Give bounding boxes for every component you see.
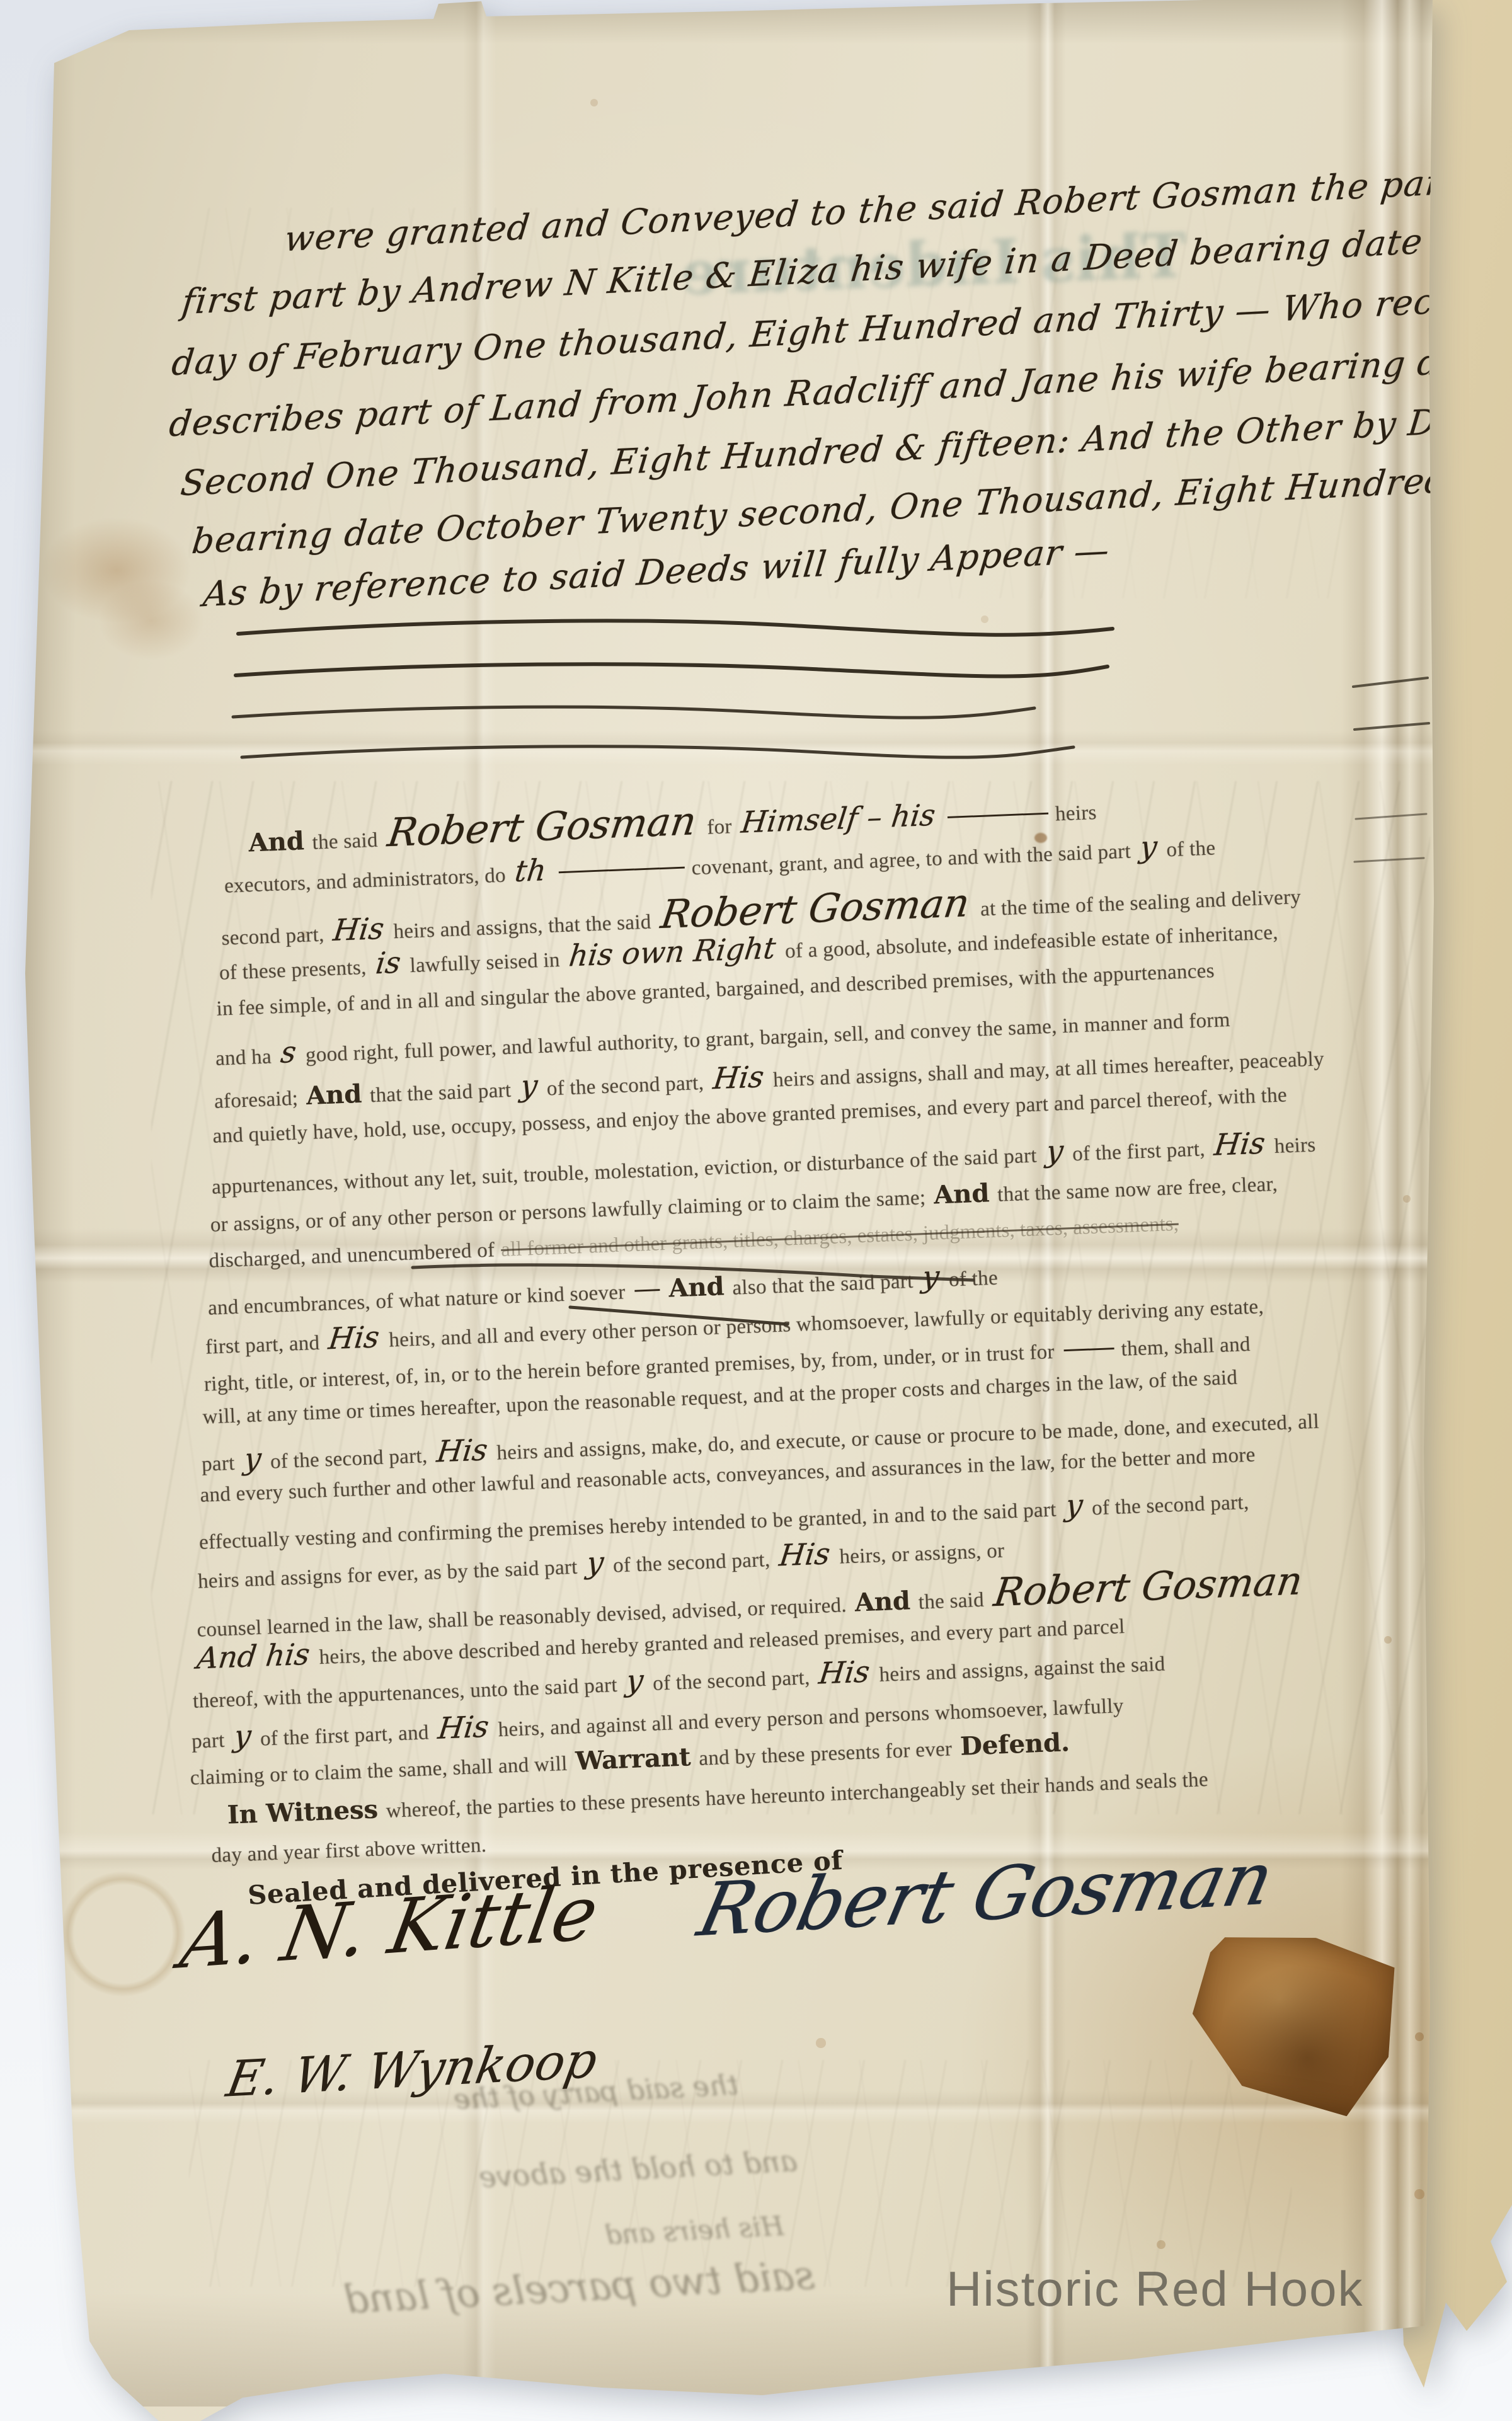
blackletter-word: In Witness xyxy=(227,1797,379,1828)
handwritten-insertion: Robert Gosman xyxy=(386,801,699,852)
handwritten-insertion: y xyxy=(585,1548,605,1578)
handwritten-insertion: y xyxy=(625,1666,645,1696)
handwritten-insertion: His xyxy=(711,1062,765,1094)
printed-text: them, shall and xyxy=(1121,1334,1251,1360)
printed-text: heirs xyxy=(1274,1135,1316,1157)
handwritten-insertion: His xyxy=(1213,1128,1267,1160)
pen-rule-dash: ————— xyxy=(557,852,684,885)
blackletter-word: Warrant xyxy=(575,1744,691,1774)
handwritten-insertion: is xyxy=(374,948,402,979)
handwritten-insertion: y xyxy=(232,1721,253,1751)
pen-rule-dash: —— xyxy=(1062,1333,1114,1363)
paper-top-edge-shading xyxy=(0,0,1512,44)
printed-text: second part, xyxy=(221,925,324,949)
age-freckle-stains xyxy=(0,0,4,4)
printed-text: part xyxy=(191,1731,225,1753)
handwritten-insertion: y xyxy=(1045,1136,1065,1167)
paper-left-edge-shading xyxy=(19,0,76,2421)
pen-rule-dash: — xyxy=(633,1274,659,1303)
handwritten-insertion: s xyxy=(279,1038,298,1068)
handwritten-insertion: Himself – his xyxy=(740,801,937,838)
printed-text: first part, and xyxy=(205,1333,319,1358)
blackletter-word: Defend. xyxy=(959,1730,1070,1760)
printed-text: of the xyxy=(948,1268,998,1291)
pen-rule-dash: ———— xyxy=(946,798,1048,830)
handwritten-insertion: His xyxy=(435,1435,489,1467)
handwritten-insertion: His xyxy=(818,1657,872,1688)
watermark-text: Historic Red Hook xyxy=(946,2260,1364,2318)
handwritten-insertion: Robert Gosman xyxy=(659,883,972,934)
printed-text: the said xyxy=(918,1590,984,1613)
handwritten-insertion: y xyxy=(518,1071,539,1101)
printed-text: part xyxy=(201,1453,235,1475)
deed-paper-sheet: This Indenture the said party of the and… xyxy=(0,0,1512,2421)
handwritten-insertion: y xyxy=(243,1444,263,1474)
signature-witness-kittle: A. N. Kittle xyxy=(176,1875,604,1979)
handwritten-insertion: y xyxy=(1064,1491,1084,1521)
handwritten-insertion: His xyxy=(777,1539,832,1571)
handwritten-insertion: Robert Gosman xyxy=(992,1561,1305,1612)
handwritten-insertion: His xyxy=(327,1322,381,1354)
round-water-stain xyxy=(50,1868,195,2000)
handwritten-insertion: And his xyxy=(195,1640,311,1674)
printed-text: heirs xyxy=(1055,803,1097,825)
blackletter-word: And xyxy=(306,1082,362,1109)
printed-text: for xyxy=(707,816,733,838)
handwritten-insertion: His xyxy=(331,914,386,946)
horizontal-crease xyxy=(0,731,1512,765)
handwritten-insertion: y xyxy=(1138,832,1159,862)
printed-text: of the xyxy=(1166,838,1216,861)
blackletter-word: And xyxy=(668,1274,725,1301)
photo-of-deed-document: { "watermark": { "text": "Historic Red H… xyxy=(0,0,1512,2421)
printed-text: the said xyxy=(312,830,378,854)
blackletter-word: And xyxy=(933,1181,990,1208)
main-sheet-shadow: This Indenture the said party of the and… xyxy=(0,0,1512,2421)
handwritten-insertion: his own Right xyxy=(568,934,777,971)
printed-text: of the first part, xyxy=(1072,1139,1206,1165)
blackletter-word: And xyxy=(248,828,305,856)
printed-text: and ha xyxy=(215,1046,272,1069)
printed-text: aforesaid; xyxy=(214,1089,298,1113)
handwritten-insertion: th xyxy=(513,856,548,886)
blackletter-word: And xyxy=(854,1588,911,1615)
handwritten-insertion: His xyxy=(437,1712,491,1744)
handwritten-insertion: y xyxy=(921,1262,941,1292)
